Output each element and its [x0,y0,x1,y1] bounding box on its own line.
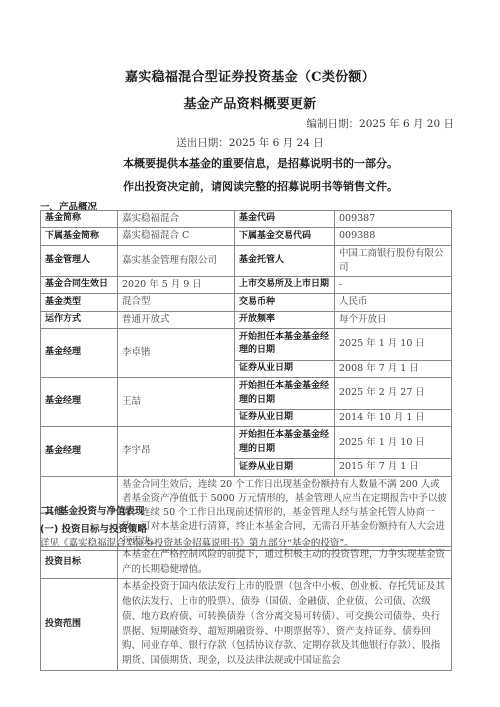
investment-objective-text: 本基金在严格控制风险的前提下，通过积极主动的投资管理，力争实现基金资产的长期稳健… [118,547,452,579]
table-row: 投资范围 本基金投资于国内依法发行上市的股票（包含中小板、创业板、存托凭证及其他… [41,579,452,670]
sub-fund-name-value: 嘉实稳福混合 C [118,228,235,245]
table-row: 基金合同生效日 2020 年 5 月 9 日 上市交易所及上市日期 - [41,277,452,294]
table-row: 基金经理 王喆 开始担任本基金基金经理的日期 2025 年 2 月 27 日 [41,378,452,410]
manager-start-value: 2025 年 2 月 27 日 [335,378,452,410]
manager-start-value: 2025 年 1 月 10 日 [335,427,452,459]
manager-start-value: 2025 年 1 月 10 日 [335,328,452,360]
manager-career-label: 证券从业日期 [235,360,335,377]
fund-manager-label: 基金经理 [41,328,118,377]
table-row: 基金类型 混合型 交易币种 人民币 [41,294,452,311]
manager-start-label: 开始担任本基金基金经理的日期 [235,427,335,459]
open-frequency-value: 每个开放日 [335,311,452,328]
notice-line-2: 作出投资决定前，请阅读完整的招募说明书等销售文件。 [123,178,398,194]
send-date: 送出日期：2025 年 6 月 24 日 [0,135,500,150]
fund-code-value: 009387 [335,211,452,228]
investment-objective-label: 投资目标 [41,547,118,579]
table-row: 运作方式 普通开放式 开放频率 每个开放日 [41,311,452,328]
effective-date-value: 2020 年 5 月 9 日 [118,277,235,294]
manager-start-label: 开始担任本基金基金经理的日期 [235,378,335,410]
notice-line-1: 本概要提供本基金的重要信息，是招募说明书的一部分。 [123,155,398,171]
document-title: 嘉实稳福混合型证券投资基金（C类份额） [0,66,500,85]
manager-career-value: 2008 年 7 月 1 日 [335,360,452,377]
table-row: 投资目标 本基金在严格控制风险的前提下，通过积极主动的投资管理，力争实现基金资产… [41,547,452,579]
section-heading-investment: 二、基金投资与净值表现 [40,503,145,517]
listing-value: - [335,277,452,294]
compile-date: 编制日期：2025 年 6 月 20 日 [307,116,454,131]
investment-scope-label: 投资范围 [41,579,118,670]
custodian-label: 基金托管人 [235,245,335,277]
fund-manager-label: 基金经理 [41,427,118,476]
manager-career-value: 2015 年 7 月 1 日 [335,459,452,476]
manager-career-value: 2014 年 10 月 1 日 [335,410,452,427]
table-row: 下属基金简称 嘉实稳福混合 C 下属基金交易代码 009388 [41,228,452,245]
fund-code-label: 基金代码 [235,211,335,228]
open-frequency-label: 开放频率 [235,311,335,328]
manager-career-label: 证券从业日期 [235,459,335,476]
table-row: 基金简称 嘉实稳福混合 基金代码 009387 [41,211,452,228]
operation-mode-value: 普通开放式 [118,311,235,328]
manager-start-label: 开始担任本基金基金经理的日期 [235,328,335,360]
fund-type-label: 基金类型 [41,294,118,311]
currency-label: 交易币种 [235,294,335,311]
table-row: 基金经理 李卓锴 开始担任本基金基金经理的日期 2025 年 1 月 10 日 [41,328,452,360]
sub-fund-name-label: 下属基金简称 [41,228,118,245]
custodian-value: 中国工商银行股份有限公司 [335,245,452,277]
manager-company-label: 基金管理人 [41,245,118,277]
fund-manager-name: 王喆 [118,378,235,427]
fund-type-value: 混合型 [118,294,235,311]
fund-short-name-value: 嘉实稳福混合 [118,211,235,228]
sub-fund-code-label: 下属基金交易代码 [235,228,335,245]
subsection-heading-strategy: (一) 投资目标与投资策略 [40,521,147,535]
currency-value: 人民币 [335,294,452,311]
investment-scope-text: 本基金投资于国内依法发行上市的股票（包含中小板、创业板、存托凭证及其他依法发行、… [118,579,452,670]
document-page: 嘉实稳福混合型证券投资基金（C类份额） 基金产品资料概要更新 编制日期：2025… [0,0,500,707]
table-row: 基金管理人 嘉实基金管理有限公司 基金托管人 中国工商银行股份有限公司 [41,245,452,277]
sub-fund-code-value: 009388 [335,228,452,245]
manager-career-label: 证券从业日期 [235,410,335,427]
effective-date-label: 基金合同生效日 [41,277,118,294]
product-overview-table: 基金简称 嘉实稳福混合 基金代码 009387 下属基金简称 嘉实稳福混合 C … [40,210,452,551]
fund-manager-label: 基金经理 [41,378,118,427]
document-subtitle: 基金产品资料概要更新 [0,93,500,112]
fund-short-name-label: 基金简称 [41,211,118,228]
table-row: 基金经理 李宇昂 开始担任本基金基金经理的日期 2025 年 1 月 10 日 [41,427,452,459]
fund-manager-name: 李宇昂 [118,427,235,476]
manager-company-value: 嘉实基金管理有限公司 [118,245,235,277]
investment-table: 投资目标 本基金在严格控制风险的前提下，通过积极主动的投资管理，力争实现基金资产… [40,546,452,671]
fund-manager-name: 李卓锴 [118,328,235,377]
operation-mode-label: 运作方式 [41,311,118,328]
listing-label: 上市交易所及上市日期 [235,277,335,294]
